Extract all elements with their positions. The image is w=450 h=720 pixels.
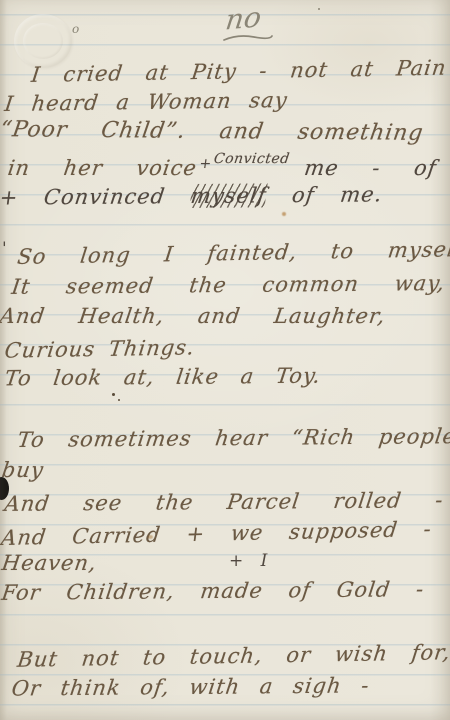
stray-pen-mark: ' (2, 239, 7, 259)
poem-line-8: And Health, and Laughter, (0, 303, 387, 329)
poem-line-7: It seemed the common way, (10, 270, 447, 300)
poem-line-3: “Poor Child”. and something (0, 117, 425, 147)
pencil-underline-stroke (222, 33, 274, 43)
ink-speck (118, 399, 120, 401)
poem-line-2: I heard a Woman say (3, 87, 289, 117)
poem-line-13: And see the Parcel rolled - (3, 487, 445, 517)
interlinear-insertion-convicted: Convicted (212, 146, 291, 172)
poem-line-15: Heaven, (0, 550, 98, 576)
poem-line-17: But not to touch, or wish for, (16, 639, 450, 673)
foxing-spot (282, 212, 286, 216)
poem-line-10: To look at, like a Toy. (3, 363, 322, 392)
pencil-page-number: no (224, 1, 264, 37)
pencil-speck (318, 8, 320, 10)
poem-line-4-continued: me - of me - (303, 156, 450, 180)
poem-line-9: Curious Things. (3, 334, 196, 363)
poem-line-16: For Children, made of Gold - (0, 576, 426, 606)
poem-line-5-start: + Convinced (0, 184, 167, 209)
interlinear-insertion-plus-i: + I (229, 551, 269, 571)
poem-line-5-end: of me. (291, 182, 384, 207)
poem-line-11: To sometimes hear “Rich people” (16, 423, 450, 453)
poem-line-4: in her voice+Convictedme - of me - (6, 151, 450, 184)
poem-line-6: So long I fainted, to myself (16, 236, 450, 270)
pencil-corner-mark: o (72, 22, 79, 36)
manuscript-page: no o I cried at Pity - not at Pain - I h… (0, 0, 450, 720)
ink-speck (112, 393, 115, 396)
poem-line-1: I cried at Pity - not at Pain - (30, 54, 450, 88)
struck-word-myself: myself (189, 183, 268, 208)
foxing-spot (148, 535, 153, 539)
poem-line-18: Or think of, with a sigh - (10, 672, 371, 701)
insertion-marker: + (198, 156, 212, 172)
poem-line-4-text: in her voice (6, 156, 198, 180)
embossed-seal (14, 14, 72, 68)
poem-line-5: + Convinced myself of me. (0, 181, 384, 210)
poem-line-12: buy (0, 457, 45, 483)
poem-line-14: And Carried + we supposed - to (0, 515, 450, 551)
